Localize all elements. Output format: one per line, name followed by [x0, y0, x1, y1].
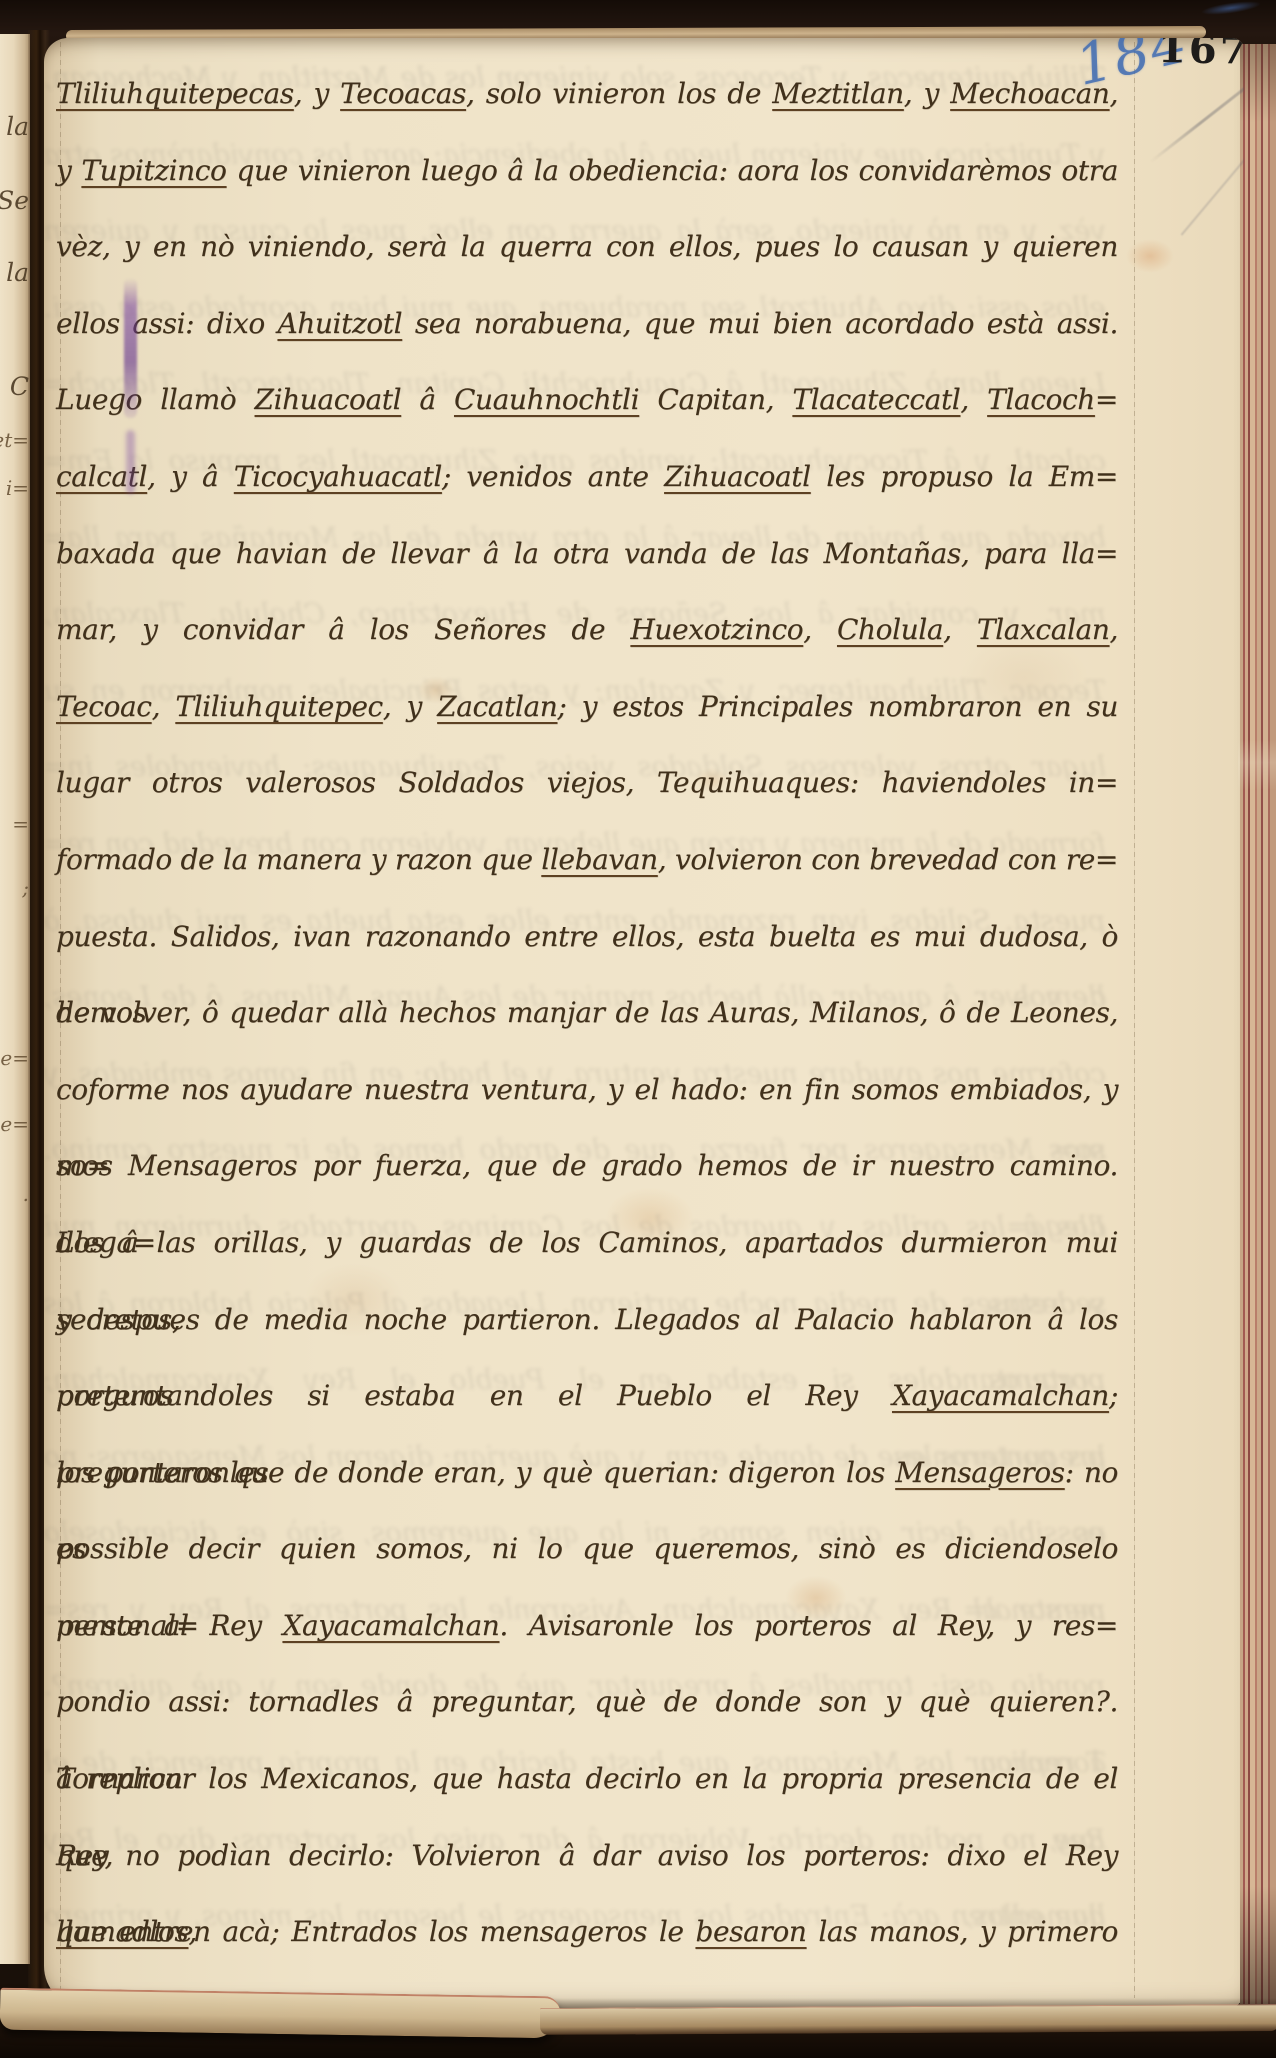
manuscript-line: pondio assi: tornadles â preguntar, què … — [56, 1664, 1118, 1741]
text-segment: los porteros que de donde eran, y què qu… — [56, 1456, 895, 1489]
text-segment: , y â — [147, 460, 234, 493]
underlined-word: Xayacamalchan — [892, 1379, 1109, 1412]
manuscript-line: de volver, ô quedar allà hechos manjar d… — [56, 975, 1118, 1052]
underlined-word: Cholula — [837, 613, 943, 646]
text-block: Tliliuhquitepecas, y Tecoacas, solo vini… — [56, 56, 1118, 1971]
text-segment: = — [1095, 383, 1118, 416]
underlined-word: Tliliuhquitepec — [175, 690, 382, 723]
page-curl-bottom-left — [0, 1988, 560, 2039]
manuscript-line: baxada que havian de llevar â la otra va… — [56, 516, 1118, 593]
manuscript-line: possible decir quien somos, ni lo que qu… — [56, 1511, 1118, 1588]
manuscript-line: mente al Rey Xayacamalchan. Avisaronle l… — [56, 1588, 1118, 1665]
text-segment: , — [943, 613, 977, 646]
manuscript-line: Luego llamò Zihuacoatl â Cuauhnochtli Ca… — [56, 362, 1118, 439]
underlined-word: Mensageros — [895, 1456, 1064, 1489]
underlined-word: Tlacoch — [987, 383, 1095, 416]
underlined-word: Meztitlan — [772, 77, 904, 110]
text-segment: preguntandoles si estaba en el Pueblo el… — [56, 1379, 892, 1412]
manuscript-line: mos Mensageros por fuerza, que de grado … — [56, 1128, 1118, 1205]
fore-edge-step — [1238, 740, 1276, 790]
text-segment: , — [152, 690, 176, 723]
facing-page-text-fragment: Se — [0, 186, 29, 215]
text-segment: , — [1109, 613, 1118, 646]
violet-ink-smudge — [124, 278, 137, 418]
underlined-word: Tlaxcalan — [977, 613, 1110, 646]
manuscript-line: lugar otros valerosos Soldados viejos, T… — [56, 745, 1118, 822]
text-segment: , volvieron con brevedad con re= — [658, 843, 1118, 876]
text-segment: de volver, ô quedar allà hechos manjar d… — [56, 996, 1118, 1029]
text-segment: ; venidos ante — [442, 460, 664, 493]
underlined-word: Tliliuhquitepecas — [56, 77, 294, 110]
manuscript-line: Tecoac, Tliliuhquitepec, y Zacatlan; y e… — [56, 669, 1118, 746]
facing-page-text-fragment: la — [6, 112, 29, 141]
manuscript-line: los porteros que de donde eran, y què qu… — [56, 1435, 1118, 1512]
manuscript-line: formado de la manera y razon que llebava… — [56, 822, 1118, 899]
text-segment: , y — [904, 77, 950, 110]
underlined-word: Zacatlan — [437, 690, 557, 723]
text-segment: las manos, y primero — [807, 1915, 1119, 1948]
fore-edge-page-stack — [1240, 44, 1276, 2004]
manuscript-line: que no podìan decirlo: Volvieron â dar a… — [56, 1818, 1118, 1895]
text-segment: Luego llamò — [56, 383, 255, 416]
page-edge-bottom-right — [540, 2004, 1276, 2035]
manuscript-line: vèz, y en nò viniendo, serà la querra co… — [56, 209, 1118, 286]
text-segment: mente al Rey — [56, 1609, 282, 1642]
manuscript-page: Tliliuhquitepecas, y Tecoacas, solo vini… — [44, 38, 1244, 2008]
manuscript-line: Tliliuhquitepecas, y Tecoacas, solo vini… — [56, 56, 1118, 133]
text-segment: baxada que havian de llevar â la otra va… — [56, 537, 1118, 570]
underlined-word: Tecoacas — [340, 77, 466, 110]
text-segment: y — [56, 154, 81, 187]
facing-page-text-fragment: = — [12, 812, 29, 836]
text-segment: , y — [383, 690, 437, 723]
underlined-word: Ahuitzotl — [277, 307, 402, 340]
text-segment: formado de la manera y razon que — [56, 843, 541, 876]
text-segment: que vinieron luego â la obediencia: aora… — [227, 154, 1119, 187]
pencil-scratch-small — [1181, 142, 1244, 235]
facing-page-text-fragment: C — [10, 372, 29, 401]
underlined-word: Tupitzinco — [81, 154, 226, 187]
text-segment: Capitan, — [639, 383, 792, 416]
facing-page-edge: laSelaCet=i==;e=e=. — [0, 34, 30, 1964]
manuscript-line: calcatl, y â Ticocyahuacatl; venidos ant… — [56, 439, 1118, 516]
manuscript-line: y despues de media noche partieron. Lleg… — [56, 1282, 1118, 1359]
text-segment: que no podìan decirlo: Volvieron â dar a… — [56, 1839, 1118, 1872]
manuscript-line: que entren acà; Entrados los mensageros … — [56, 1894, 1118, 1971]
text-segment: , — [44, 61, 52, 94]
underlined-word: llebavan — [541, 843, 657, 876]
manuscript-line: y Tupitzinco que vinieron luego â la obe… — [56, 133, 1118, 210]
underlined-word: Huexotzinco — [630, 613, 803, 646]
text-segment: , y — [294, 77, 340, 110]
text-segment: , — [44, 597, 53, 630]
underlined-word: besaron — [695, 1915, 806, 1948]
underlined-word: Cuauhnochtli — [454, 383, 639, 416]
text-segment: , solo vinieron los de — [466, 77, 772, 110]
text-segment: mar, y convidar â los Señores de — [56, 613, 630, 646]
manuscript-photo: laSelaCet=i==;e=e=. Tliliuhquitepecas, y… — [0, 0, 1276, 2058]
facing-page-text-fragment: et= — [0, 428, 29, 452]
text-segment: lugar otros valerosos Soldados viejos, T… — [56, 766, 1118, 799]
underlined-word: Zihuacoatl — [664, 460, 811, 493]
underlined-word: Xayacamalchan — [282, 1609, 499, 1642]
manuscript-line: puesta. Salidos, ivan razonando entre el… — [56, 899, 1118, 976]
underlined-word: Ticocyahuacatl — [234, 460, 442, 493]
underlined-word: Zihuacoatl — [255, 383, 402, 416]
text-segment: ellos assi: dixo — [56, 307, 277, 340]
manuscript-line: ellos assi: dixo Ahuitzotl sea norabuena… — [56, 286, 1118, 363]
margin-rule-right — [1134, 42, 1135, 1998]
text-segment: vèz, y en nò viniendo, serà la querra co… — [56, 230, 1118, 263]
text-segment: . Avisaronle los porteros al Rey, y res= — [499, 1609, 1118, 1642]
underlined-word: Tecoac — [56, 690, 152, 723]
text-segment: les propuso la Em= — [811, 460, 1118, 493]
facing-page-text-fragment: la — [6, 258, 29, 287]
facing-page-text-fragment: e= — [0, 1046, 29, 1070]
printed-folio-number: 167. — [1158, 38, 1244, 74]
manuscript-line: coforme nos ayudare nuestra ventura, y e… — [56, 1052, 1118, 1129]
text-segment: , — [803, 613, 837, 646]
text-segment: , — [960, 383, 987, 416]
manuscript-line: â replicar los Mexicanos, que hasta deci… — [56, 1741, 1118, 1818]
facing-page-text-fragment: e= — [0, 1112, 29, 1136]
text-segment: sea norabuena, que mui bien acordado est… — [402, 307, 1118, 340]
facing-page-text-fragment: i= — [6, 476, 29, 500]
text-segment: ; y estos Principales nombraron en su — [557, 690, 1118, 723]
violet-ink-smudge-small — [126, 430, 135, 494]
manuscript-line: dos â las orillas, y guardas de los Cami… — [56, 1205, 1118, 1282]
text-segment: â — [401, 383, 454, 416]
manuscript-line: preguntandoles si estaba en el Pueblo el… — [56, 1358, 1118, 1435]
manuscript-line: mar, y convidar â los Señores de Huexotz… — [56, 592, 1118, 669]
text-segment: que entren acà; Entrados los mensageros … — [56, 1915, 695, 1948]
underlined-word: Tlacateccatl — [792, 383, 960, 416]
